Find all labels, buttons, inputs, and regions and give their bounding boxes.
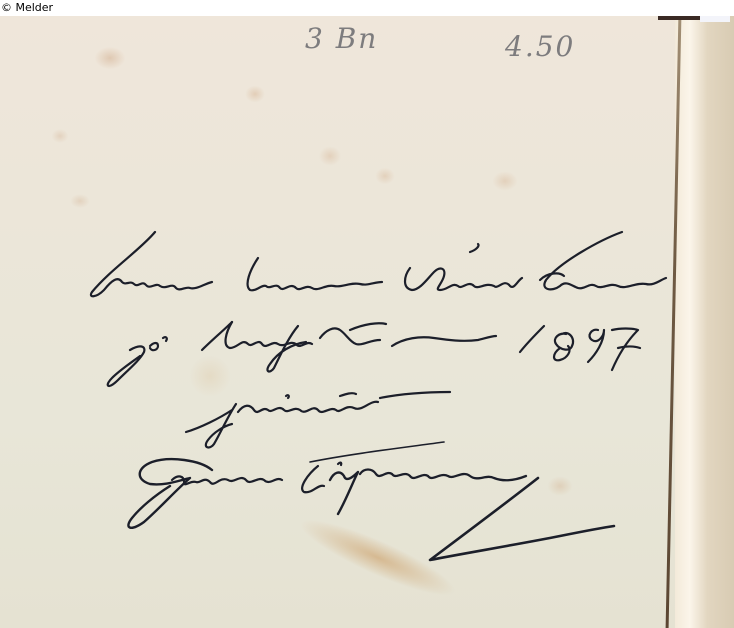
credit-bar: © Melder xyxy=(0,0,734,16)
book-photo: 3 Bn 4.50 Seiner lieben Frida Simon zu W… xyxy=(0,16,734,628)
copyright-credit: © Melder xyxy=(1,1,53,14)
handwriting-strokes xyxy=(0,16,734,628)
